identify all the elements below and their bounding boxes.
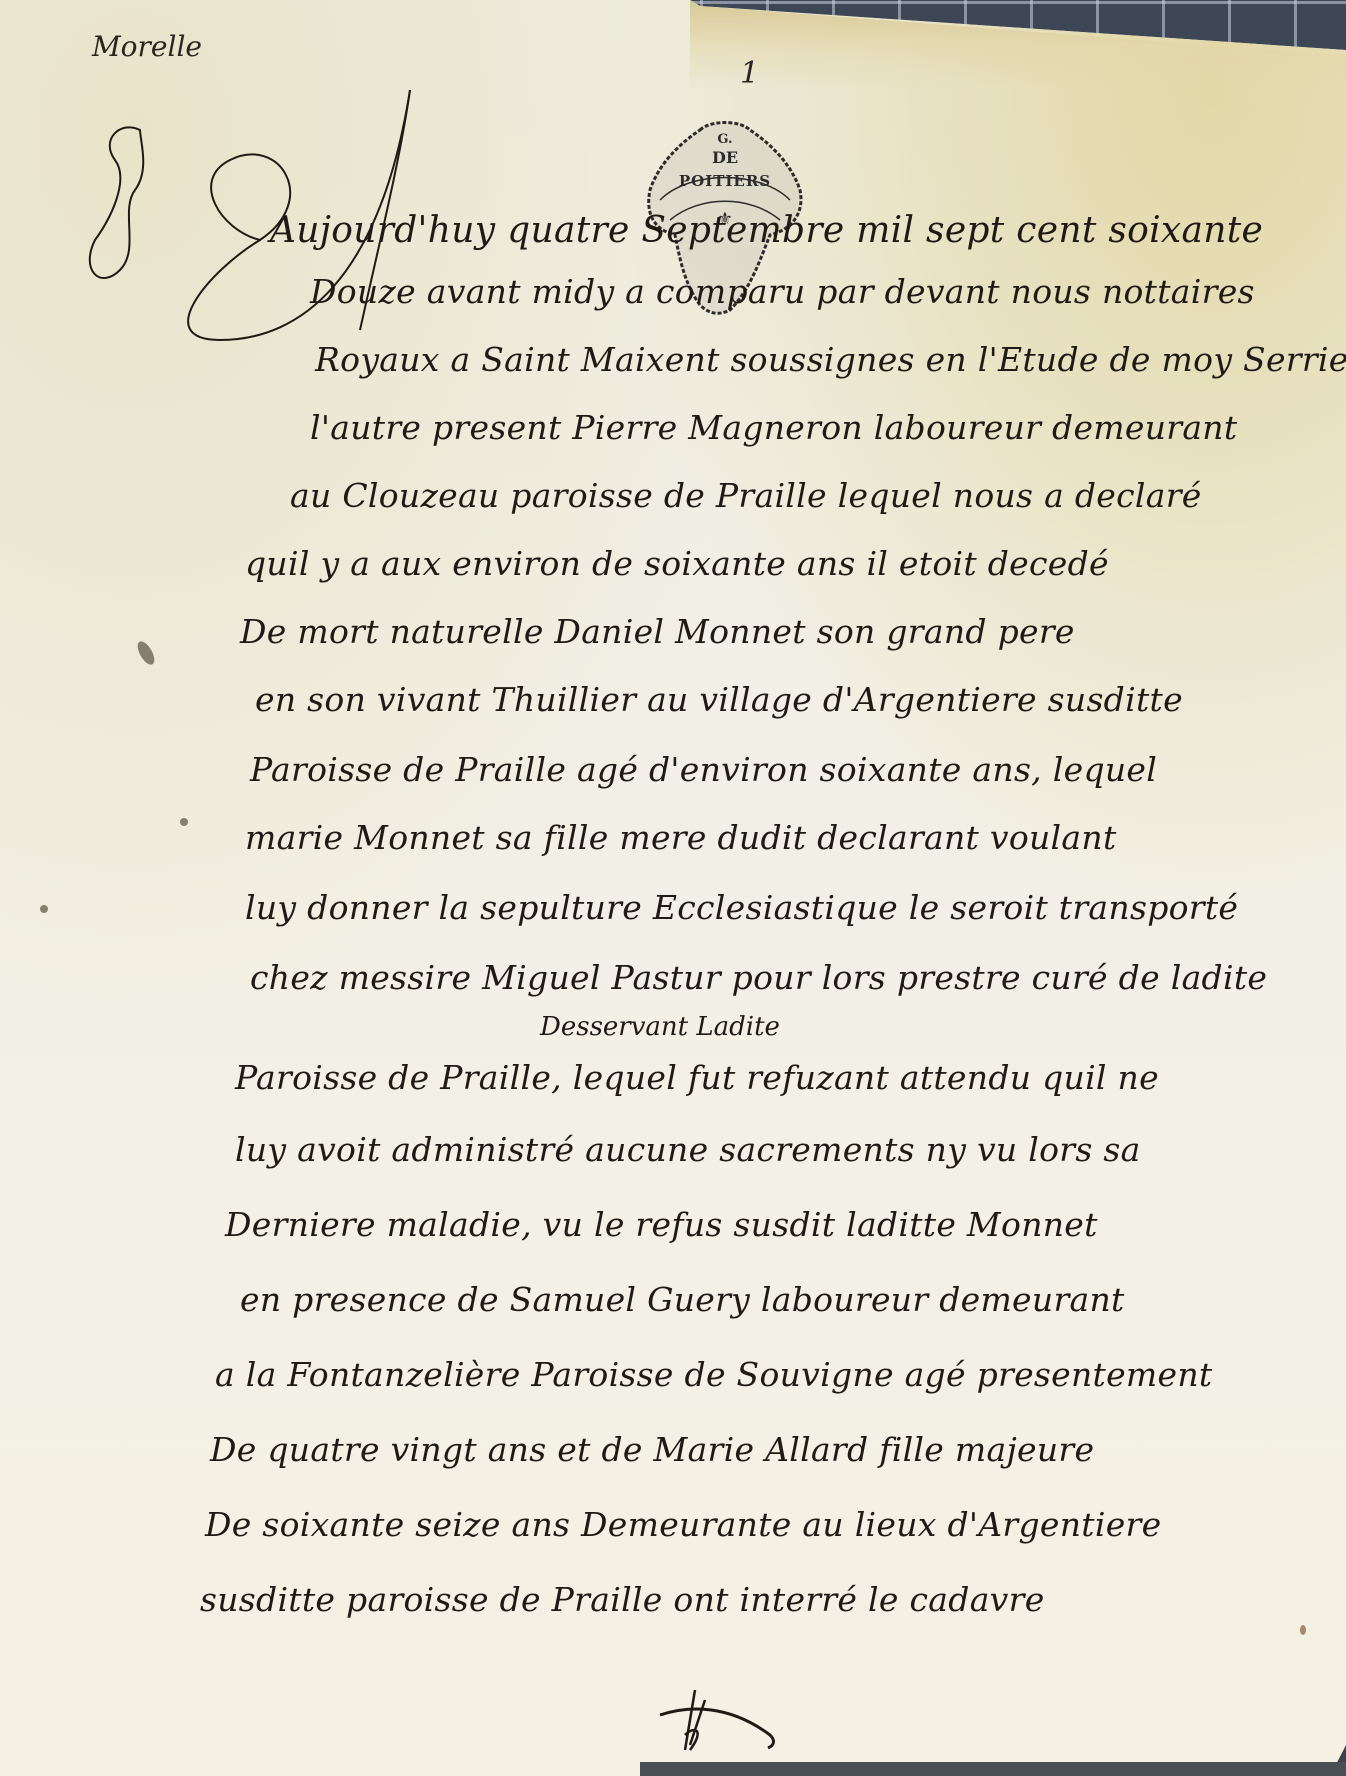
text-line-2: Douze avant midy a comparu par devant no…	[310, 272, 1255, 311]
text-line-6: quil y a aux environ de soixante ans il …	[245, 544, 1109, 583]
text-line-13: Paroisse de Praille, lequel fut refuzant…	[235, 1058, 1159, 1097]
page-bottom-shadow	[640, 1762, 1346, 1776]
text-line-1: Aujourd'huy quatre Septembre mil sept ce…	[270, 210, 1263, 251]
text-line-5: au Clouzeau paroisse de Praille lequel n…	[290, 476, 1202, 515]
text-line-15: Derniere maladie, vu le refus susdit lad…	[225, 1205, 1098, 1244]
text-line-7: De mort naturelle Daniel Monnet son gran…	[240, 612, 1075, 651]
text-line-10: marie Monnet sa fille mere dudit declara…	[245, 818, 1117, 857]
text-line-20: susditte paroisse de Praille ont interré…	[200, 1580, 1045, 1619]
text-line-19: De soixante seize ans Demeurante au lieu…	[205, 1505, 1161, 1544]
text-line-3: Royaux a Saint Maixent soussignes en l'E…	[315, 340, 1346, 379]
text-line-16: en presence de Samuel Guery laboureur de…	[240, 1280, 1125, 1319]
interlinear-insertion: Desservant Ladite	[540, 1012, 780, 1042]
text-line-9: Paroisse de Praille agé d'environ soixan…	[250, 750, 1157, 789]
text-line-17: a la Fontanzelière Paroisse de Souvigne …	[215, 1355, 1212, 1394]
notary-paraph-mark	[650, 1680, 780, 1760]
text-line-11: luy donner la sepulture Ecclesiastique l…	[245, 888, 1238, 927]
manuscript-page: Morelle 1 ⚜ G. DE POITIERS Aujourd'huy q…	[0, 0, 1346, 1776]
text-line-18: De quatre vingt ans et de Marie Allard f…	[210, 1430, 1094, 1469]
manuscript-text-body: Aujourd'huy quatre Septembre mil sept ce…	[0, 0, 1346, 1776]
text-line-8: en son vivant Thuillier au village d'Arg…	[255, 680, 1183, 719]
text-line-14: luy avoit administré aucune sacrements n…	[235, 1130, 1141, 1169]
text-line-12: chez messire Miguel Pastur pour lors pre…	[250, 958, 1267, 997]
text-line-4: l'autre present Pierre Magneron laboureu…	[310, 408, 1237, 447]
